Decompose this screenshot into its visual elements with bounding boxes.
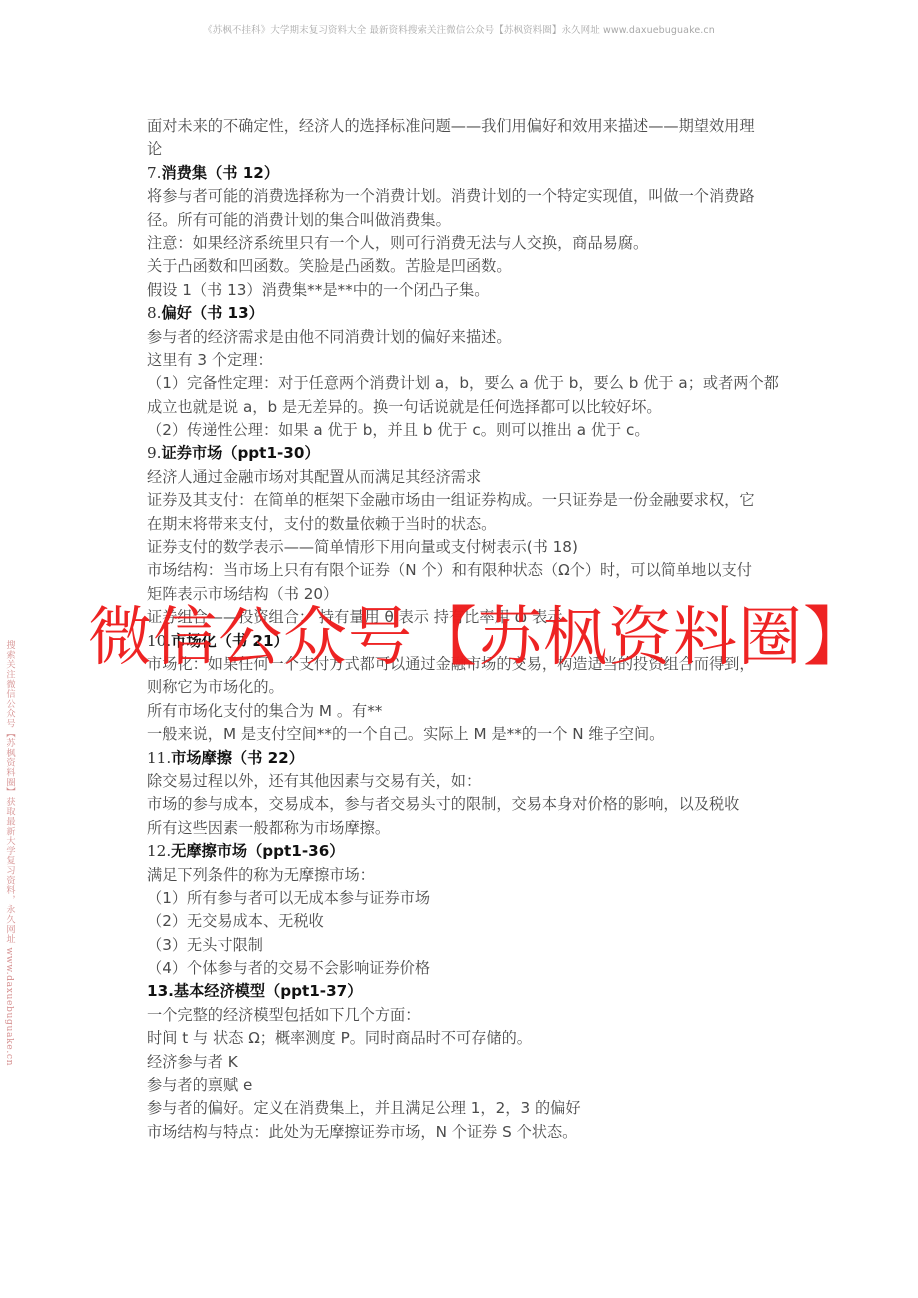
paragraph-line: 一个完整的经济模型包括如下几个方面： (147, 1004, 787, 1027)
list-item: （4）个体参与者的交易不会影响证券价格 (147, 957, 787, 980)
paragraph-line: 时间 t 与 状态 Ω；概率测度 P。同时商品时不可存储的。 (147, 1027, 787, 1050)
paragraph-line: 成立也就是说 a，b 是无差异的。换一句话说就是任何选择都可以比较好坏。 (147, 396, 787, 419)
paragraph-line: 径。所有可能的消费计划的集合叫做消费集。 (147, 209, 787, 232)
paragraph-line: 将参与者可能的消费选择称为一个消费计划。消费计划的一个特定实现值，叫做一个消费路 (147, 185, 787, 208)
section-heading-13: 13.基本经济模型（ppt1-37） (147, 980, 787, 1003)
paragraph-line: 经济人通过金融市场对其配置从而满足其经济需求 (147, 466, 787, 489)
paragraph-line: 这里有 3 个定理： (147, 349, 787, 372)
list-item: （1）完备性定理：对于任意两个消费计划 a，b，要么 a 优于 b，要么 b 优… (147, 372, 787, 395)
paragraph-line: 在期末将带来支付，支付的数量依赖于当时的状态。 (147, 513, 787, 536)
section-heading-11: 11.市场摩擦（书 22） (147, 747, 787, 770)
paragraph-line: 假设 1（书 13）消费集**是**中的一个闭凸子集。 (147, 279, 787, 302)
paragraph-line: 一般来说，M 是支付空间**的一个自己。实际上 M 是**的一个 N 维子空间。 (147, 723, 787, 746)
list-item: （2）无交易成本、无税收 (147, 910, 787, 933)
section-title: 市场摩擦（书 22） (171, 749, 304, 767)
paragraph-line: 参与者的偏好。定义在消费集上，并且满足公理 1，2，3 的偏好 (147, 1097, 787, 1120)
section-number: 9. (147, 444, 162, 462)
paragraph-line: 关于凸函数和凹函数。笑脸是凸函数。苦脸是凹函数。 (147, 255, 787, 278)
paragraph-line: 证券支付的数学表示——简单情形下用向量或支付树表示(书 18) (147, 536, 787, 559)
section-heading-12: 12.无摩擦市场（ppt1-36） (147, 840, 787, 863)
section-title: 偏好（书 13） (162, 304, 264, 322)
section-title: 基本经济模型（ppt1-37） (174, 982, 363, 1000)
paragraph-line: 市场结构：当市场上只有有限个证券（N 个）和有限种状态（Ω个）时，可以简单地以支… (147, 559, 787, 582)
section-title: 证券市场（ppt1-30） (162, 444, 320, 462)
section-number: 11. (147, 749, 171, 767)
section-number: 13. (147, 982, 174, 1000)
paragraph-line: 经济参与者 K (147, 1051, 787, 1074)
list-item: （1）所有参与者可以无成本参与证券市场 (147, 887, 787, 910)
section-title: 无摩擦市场（ppt1-36） (171, 842, 344, 860)
paragraph-line: 注意：如果经济系统里只有一个人，则可行消费无法与人交换，商品易腐。 (147, 232, 787, 255)
paragraph-line: 论 (147, 138, 787, 161)
paragraph-line: 证券及其支付：在简单的框架下金融市场由一组证券构成。一只证券是一份金融要求权，它 (147, 489, 787, 512)
section-number: 7. (147, 164, 162, 182)
list-item: （2）传递性公理：如果 a 优于 b，并且 b 优于 c。则可以推出 a 优于 … (147, 419, 787, 442)
section-heading-7: 7.消费集（书 12） (147, 162, 787, 185)
paragraph-line: 参与者的经济需求是由他不同消费计划的偏好来描述。 (147, 326, 787, 349)
paragraph-line: 面对未来的不确定性，经济人的选择标准问题——我们用偏好和效用来描述——期望效用理 (147, 115, 787, 138)
paragraph-line: 则称它为市场化的。 (147, 676, 787, 699)
paragraph-line: 参与者的禀赋 e (147, 1074, 787, 1097)
section-heading-8: 8.偏好（书 13） (147, 302, 787, 325)
red-watermark-overlay: 微信公众号【苏枫资料圈】 (88, 598, 848, 678)
section-number: 8. (147, 304, 162, 322)
header-watermark: 《苏枫不挂科》大学期末复习资料大全 最新资料搜索关注微信公众号【苏枫资料圈】永久… (0, 22, 918, 36)
paragraph-line: 市场结构与特点：此处为无摩擦证券市场，N 个证券 S 个状态。 (147, 1121, 787, 1144)
section-number: 12. (147, 842, 171, 860)
paragraph-line: 满足下列条件的称为无摩擦市场： (147, 864, 787, 887)
paragraph-line: 除交易过程以外，还有其他因素与交易有关，如： (147, 770, 787, 793)
paragraph-line: 所有市场化支付的集合为 M 。有** (147, 700, 787, 723)
section-title: 消费集（书 12） (162, 164, 280, 182)
section-heading-9: 9.证券市场（ppt1-30） (147, 442, 787, 465)
side-watermark: 搜索关注微信公众号【苏枫资料圈】获取最新大学复习资料，永久网址 www.daxu… (2, 640, 16, 1066)
list-item: （3）无头寸限制 (147, 934, 787, 957)
paragraph-line: 所有这些因素一般都称为市场摩擦。 (147, 817, 787, 840)
paragraph-line: 市场的参与成本，交易成本，参与者交易头寸的限制，交易本身对价格的影响，以及税收 (147, 793, 787, 816)
